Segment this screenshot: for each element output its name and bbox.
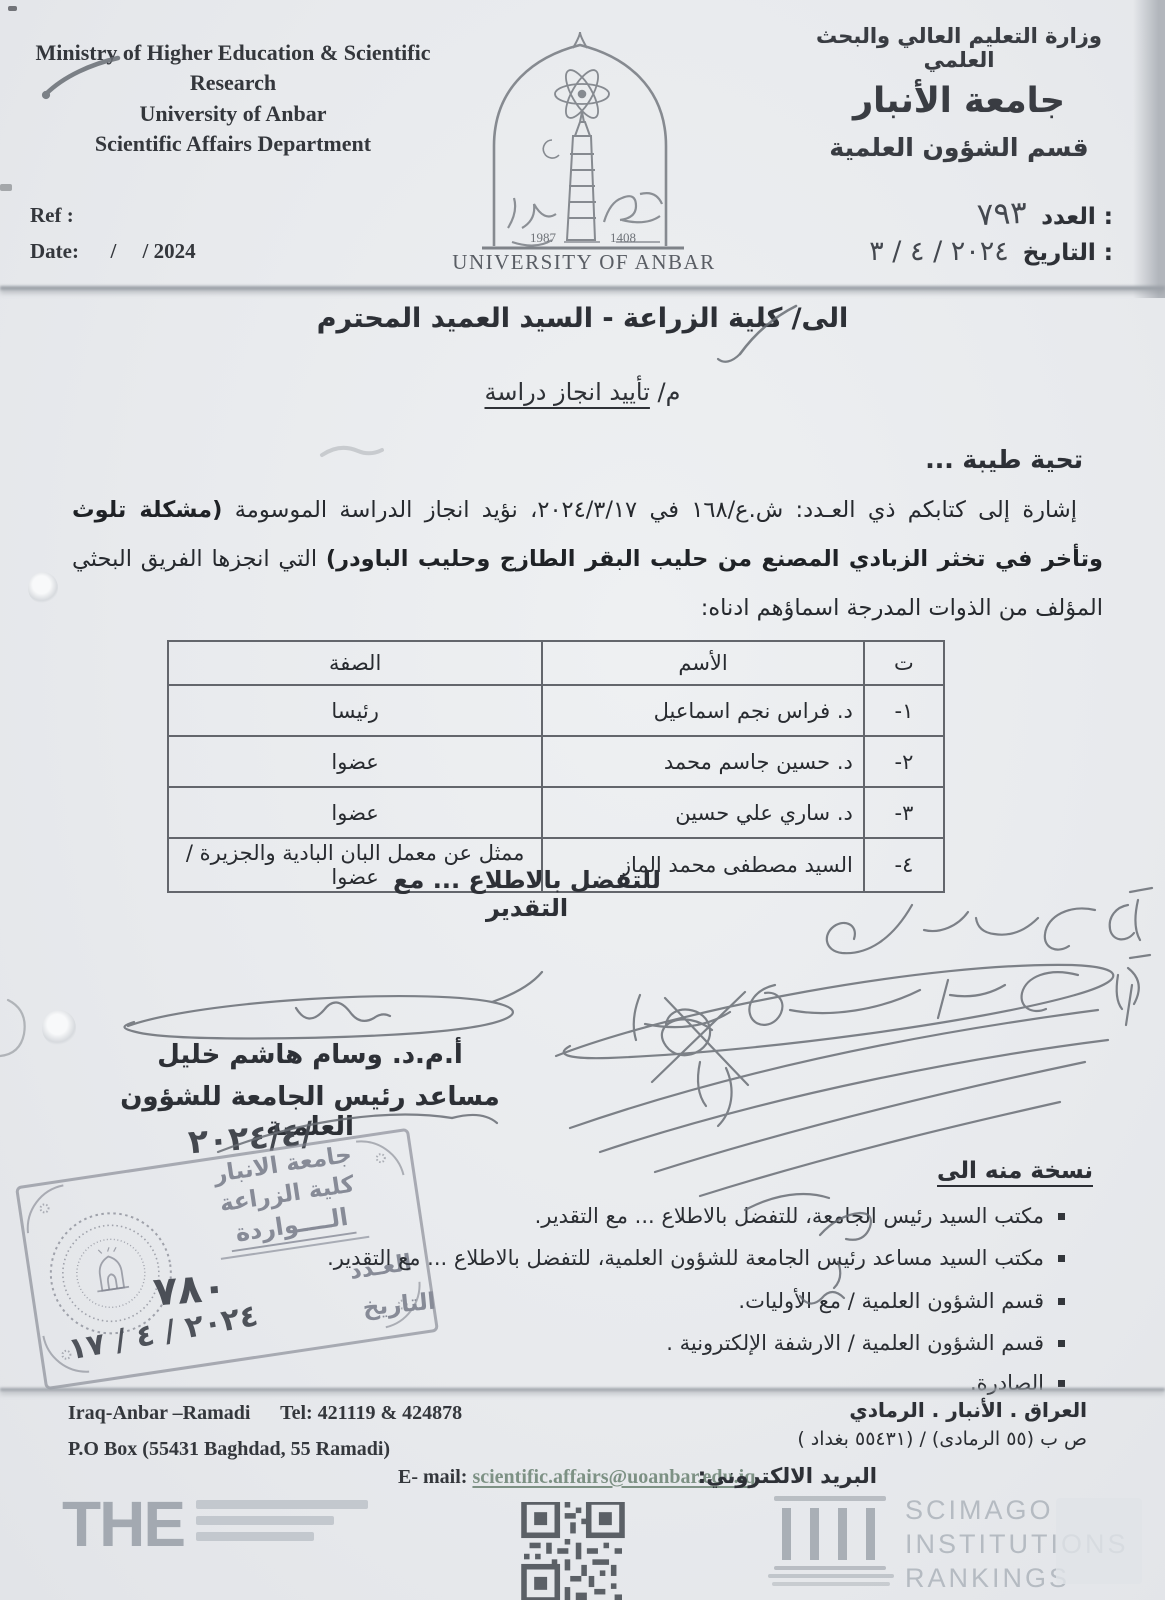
qr-code [520,1502,626,1600]
ref-date-block: Ref : Date: / / 2024 [30,198,196,269]
row-no: ٤- [864,838,944,892]
issue-date-row: التاريخ : ٢٠٢٤ / ٤ / ٣ [869,236,1113,267]
edge-pen-arc [0,1000,25,1056]
row-no: ١- [864,685,944,736]
logo-caption: UNIVERSITY OF ANBAR [436,250,732,275]
faded-logo-square [1056,1498,1142,1584]
body-intro: إشارة إلى كتابكم ذي العـدد: ش.ع/١٦٨ في ٢… [222,497,1077,523]
member-name: د. فراس نجم اسماعيل [542,685,864,736]
punch-hole [42,1010,76,1046]
ministry-name-en-2: Research [18,68,448,98]
member-role: رئيسا [168,685,542,736]
committee-table: ت الأسم الصفة ١- د. فراس نجم اسماعيل رئي… [167,640,945,893]
scan-speck [0,184,12,191]
ref-label: Ref : [30,198,196,234]
scan-speck [8,6,17,11]
copy-item-text: مكتب السيد مساعد رئيس الجامعة للشؤون الع… [327,1246,1044,1270]
issue-number-value: ٧٩٣ [976,195,1028,234]
issue-number-row: العدد : ٧٩٣ [977,196,1113,232]
the-rankings-logo: THE [62,1492,184,1556]
faded-text-bar [196,1516,334,1525]
faded-text-bar [196,1532,314,1541]
footer-address-ar: العراق . الأنبار . الرمادي [849,1398,1087,1422]
signatory-name: أ.م.د. وسام هاشم خليل [95,1040,525,1070]
date-line: Date: / / 2024 [30,234,196,270]
logo-year-right: 1408 [610,230,636,245]
email-label-en: E- mail: [398,1466,467,1488]
pencil-smudge [322,448,382,455]
copy-item: مكتب السيد رئيس الجامعة، للتفضل بالاطلاع… [535,1204,1065,1228]
copy-item-text: قسم الشؤون العلمية / مع الأوليات. [738,1289,1044,1313]
department-name-en: Scientific Affairs Department [18,129,448,159]
copy-item-text: مكتب السيد رئيس الجامعة، للتفضل بالاطلاع… [535,1204,1044,1228]
letter-body: إشارة إلى كتابكم ذي العـدد: ش.ع/١٦٨ في ٢… [72,486,1103,633]
member-name: د. ساري علي حسين [542,787,864,838]
copy-item: مكتب السيد مساعد رئيس الجامعة للشؤون الع… [327,1246,1065,1270]
member-role: عضوا [168,787,542,838]
row-no: ٣- [864,787,944,838]
bullet-square-icon [1058,1298,1065,1305]
signature-oval [125,972,543,1039]
table-row: ٢- د. حسين جاسم محمد عضوا [168,736,944,787]
department-name-ar: قسم الشؤون العلمية [791,133,1127,162]
faded-text-bar [196,1500,368,1509]
issue-date-label: التاريخ : [1023,240,1113,266]
footer-pobox-en: P.O Box (55431 Baghdad, 55 Ramadi) [68,1438,390,1461]
greeting-line: تحية طيبة ... [925,445,1083,474]
closing-line: للتفضل بالاطلاع ... مع التقدير [372,866,682,922]
scanned-letter-page: Ministry of Higher Education & Scientifi… [0,0,1165,1600]
footer-divider [0,1388,1165,1391]
letterhead-arabic: وزارة التعليم العالي والبحث العلمي جامعة… [791,24,1127,162]
scan-edge-shadow [1133,0,1165,298]
punch-hole [28,572,58,604]
ministry-name-ar: وزارة التعليم العالي والبحث العلمي [791,24,1127,72]
university-of-anbar-logo: 1987 1408 [452,14,714,250]
row-no: ٢- [864,736,944,787]
subject-line: م/ تأييد انجاز دراسة [0,378,1165,406]
scimago-pillars-icon [768,1496,894,1588]
subject-text: تأييد انجاز دراسة [484,378,649,406]
university-name-en: University of Anbar [18,99,448,129]
copy-item: قسم الشؤون العلمية / مع الأوليات. [738,1289,1065,1313]
col-header-role: الصفة [168,641,542,685]
handwritten-annotation [634,888,1152,1040]
copy-item: قسم الشؤون العلمية / الارشفة الإلكترونية… [666,1331,1065,1355]
bullet-square-icon [1058,1213,1065,1220]
the-logo-smalltext [196,1500,368,1548]
subject-prefix: م/ [650,378,681,406]
col-header-name: الأسم [542,641,864,685]
copy-item-text: قسم الشؤون العلمية / الارشفة الإلكترونية… [666,1331,1044,1355]
issue-number-label: العدد : [1041,204,1113,230]
bullet-square-icon [1058,1340,1065,1347]
copy-item: الصادرة. [970,1371,1065,1395]
member-role: عضوا [168,736,542,787]
issue-date-value: ٢٠٢٤ / ٤ / ٣ [869,236,1009,267]
col-header-no: ت [864,641,944,685]
bullet-square-icon [1058,1255,1065,1262]
logo-year-left: 1987 [530,230,557,245]
university-name-ar: جامعة الأنبار [791,81,1127,121]
footer-pobox-ar: ص ب (٥٥ الرمادى) / (٥٥٤٣١ بغداد ) [797,1428,1087,1450]
header-divider [0,286,1165,290]
copy-item-text: الصادرة. [970,1371,1044,1395]
table-row: ١- د. فراس نجم اسماعيل رئيسا [168,685,944,736]
letterhead-english: Ministry of Higher Education & Scientifi… [18,38,448,159]
table-header-row: ت الأسم الصفة [168,641,944,685]
logo-arch [494,32,666,246]
minaret-icon [543,112,596,240]
member-name: د. حسين جاسم محمد [542,736,864,787]
table-row: ٣- د. ساري علي حسين عضوا [168,787,944,838]
email-label-ar: البريد الالكتروني: [698,1464,877,1488]
bullet-square-icon [1058,1380,1065,1387]
footer-address-en: Iraq-Anbar –Ramadi Tel: 421119 & 424878 [68,1402,462,1425]
ministry-name-en: Ministry of Higher Education & Scientifi… [18,38,448,68]
copies-heading: نسخة منه الى [937,1158,1093,1184]
addressee-line: الى/ كلية الزراعة - السيد العميد المحترم [0,303,1165,334]
